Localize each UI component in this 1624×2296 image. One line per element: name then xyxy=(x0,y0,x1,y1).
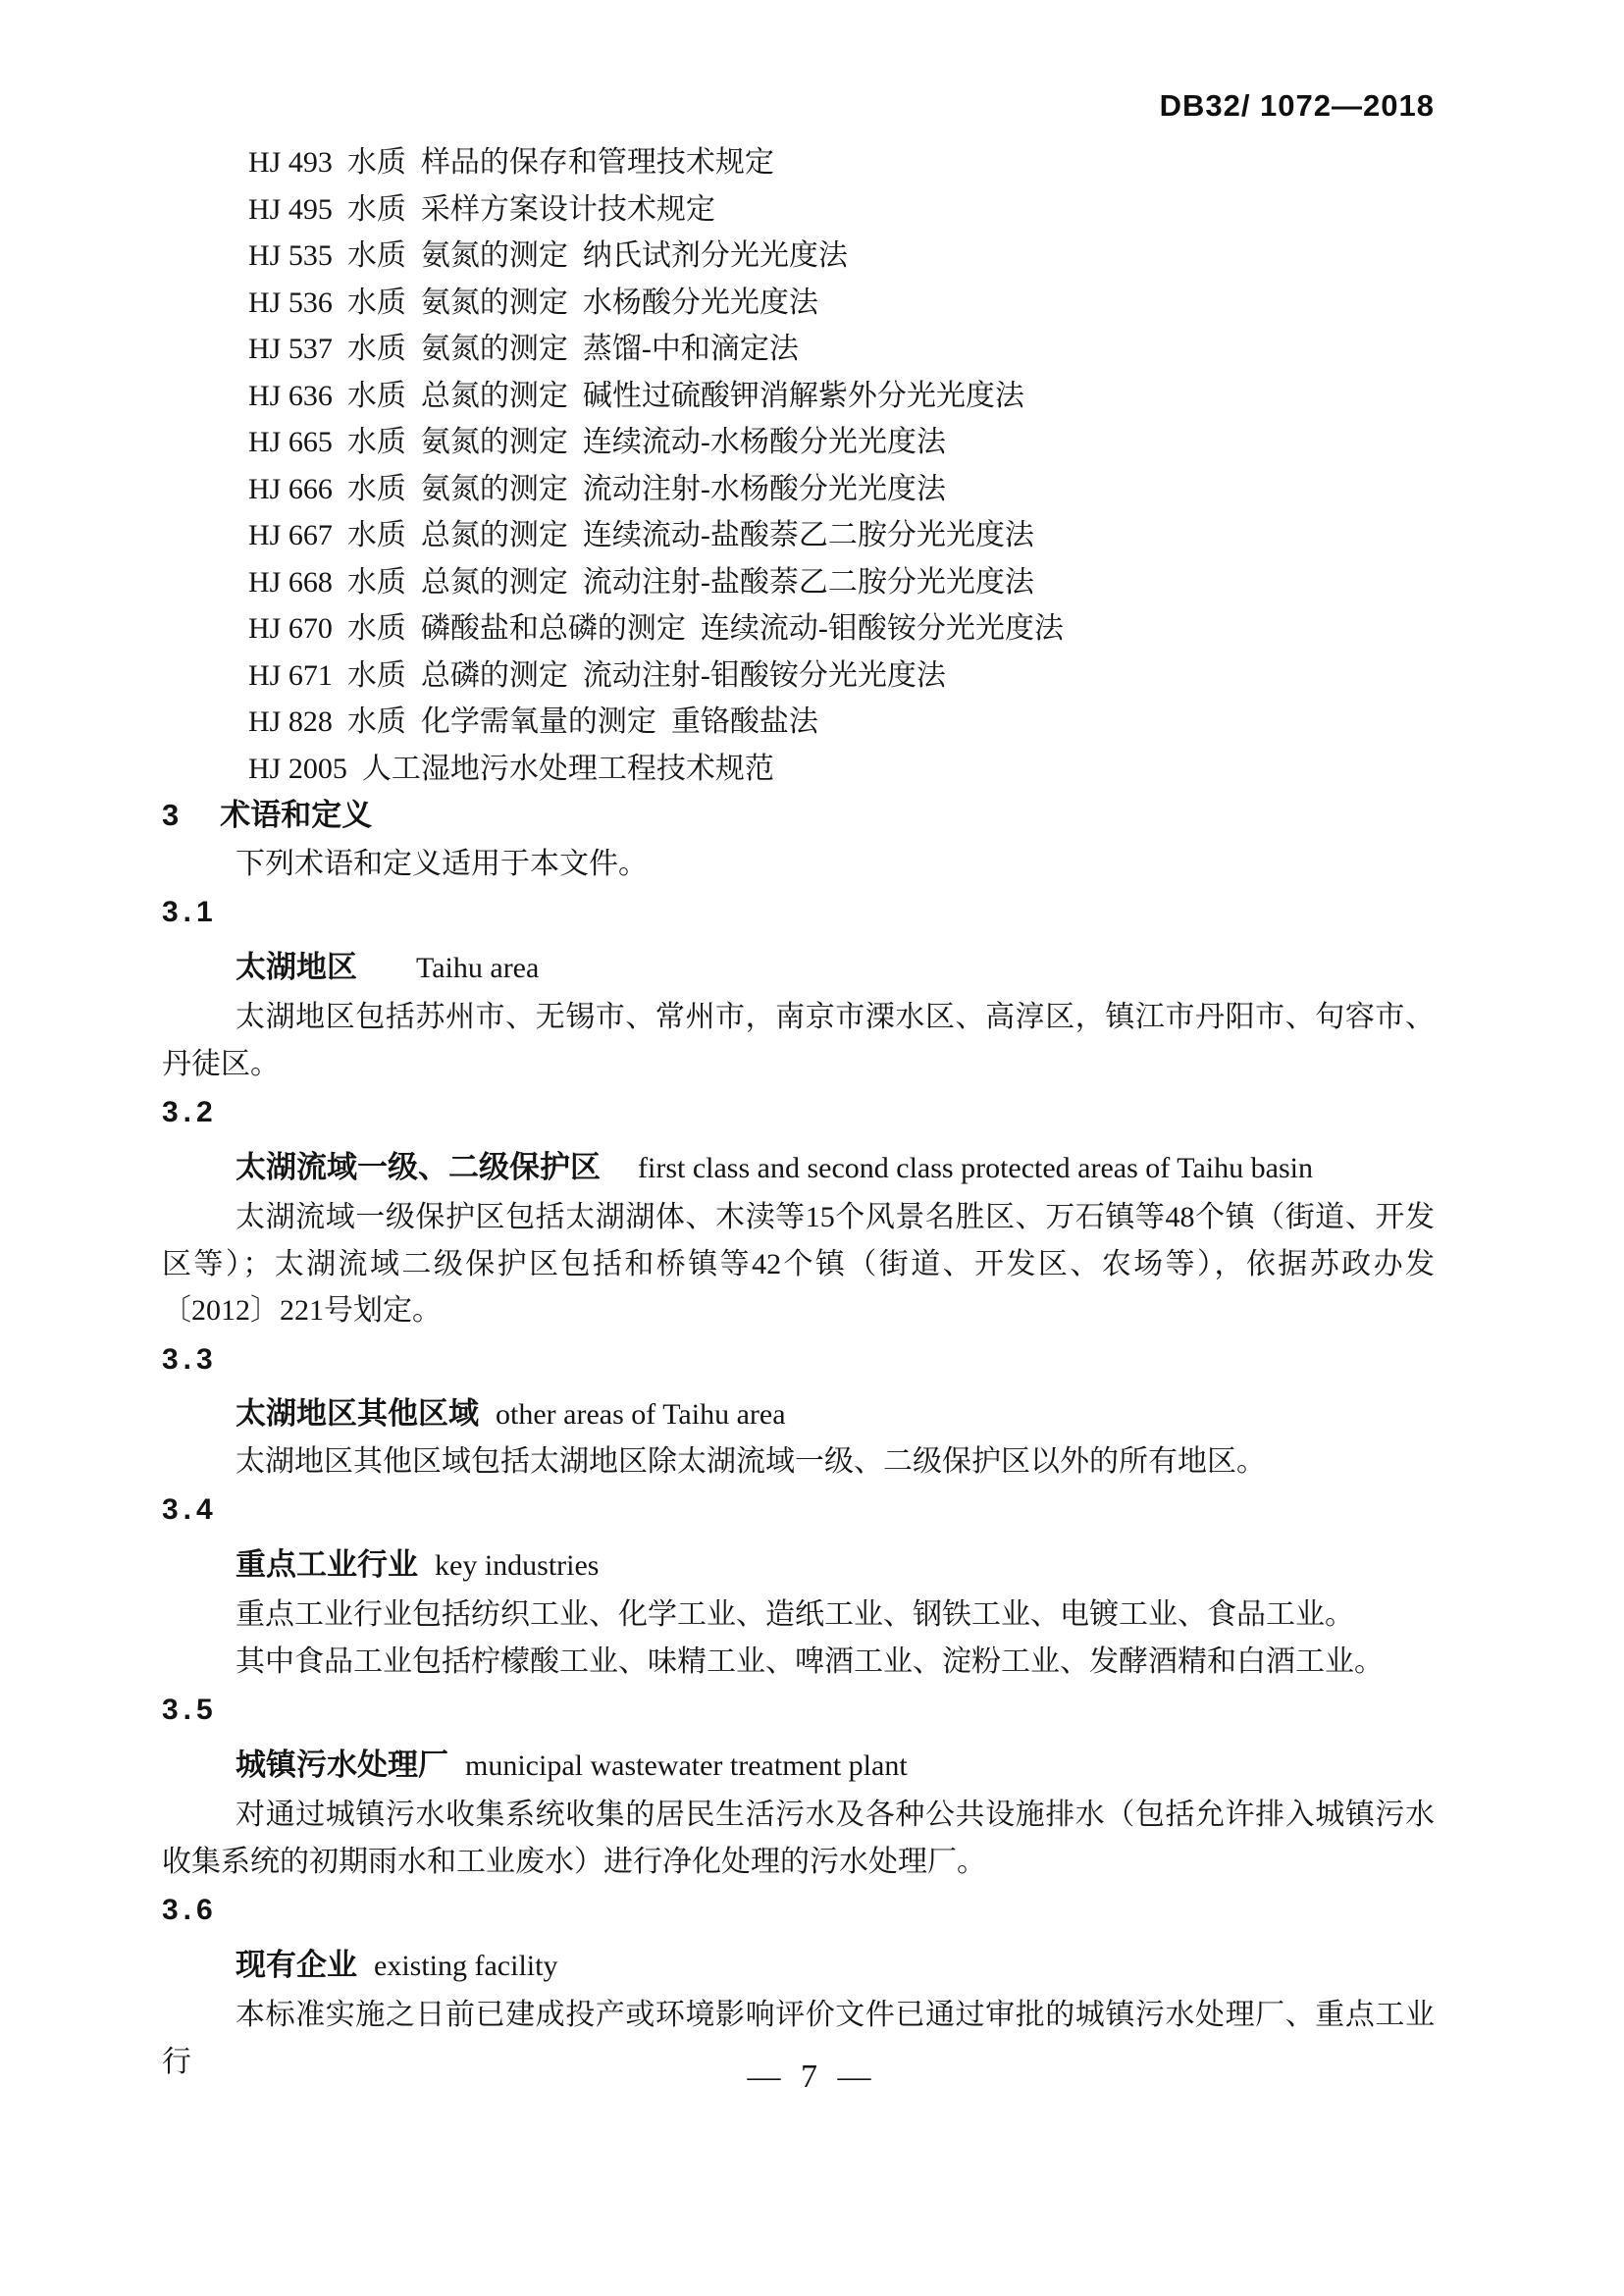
reference-item: HJ 495 水质 采样方案设计技术规定 xyxy=(162,186,1435,234)
terms-list: 3.1 太湖地区Taihu area 太湖地区包括苏州市、无锡市、常州市，南京市… xyxy=(162,889,1435,2085)
term-number: 3.4 xyxy=(162,1487,1435,1534)
term-section: 3.5 城镇污水处理厂municipal wastewater treatmen… xyxy=(162,1687,1435,1885)
term-name-zh: 城镇污水处理厂 xyxy=(236,1748,448,1782)
reference-item: HJ 828 水质 化学需氧量的测定 重铬酸盐法 xyxy=(162,699,1435,746)
term-heading: 城镇污水处理厂municipal wastewater treatment pl… xyxy=(162,1742,1435,1790)
term-name-en: first class and second class protected a… xyxy=(638,1152,1313,1184)
term-number: 3.3 xyxy=(162,1336,1435,1383)
term-heading: 太湖地区其他区域other areas of Taihu area xyxy=(162,1390,1435,1438)
reference-item: HJ 537 水质 氨氮的测定 蒸馏-中和滴定法 xyxy=(162,326,1435,373)
term-name-en: other areas of Taihu area xyxy=(496,1398,786,1431)
page-number: — 7 — xyxy=(0,2059,1624,2096)
term-section: 3.3 太湖地区其他区域other areas of Taihu area 太湖… xyxy=(162,1336,1435,1486)
term-heading: 重点工业行业key industries xyxy=(162,1541,1435,1590)
section-number: 3 xyxy=(162,792,179,839)
reference-item: HJ 667 水质 总氮的测定 连续流动-盐酸萘乙二胺分光光度法 xyxy=(162,512,1435,559)
term-heading: 太湖地区Taihu area xyxy=(162,944,1435,992)
reference-item: HJ 536 水质 氨氮的测定 水杨酸分光光度法 xyxy=(162,280,1435,327)
reference-item: HJ 493 水质 样品的保存和管理技术规定 xyxy=(162,139,1435,186)
term-name-en: Taihu area xyxy=(416,952,539,984)
term-number: 3.6 xyxy=(162,1887,1435,1934)
section-title: 术语和定义 xyxy=(220,798,372,832)
term-definition: 重点工业行业包括纺织工业、化学工业、造纸工业、钢铁工业、电镀工业、食品工业。 xyxy=(162,1592,1435,1639)
term-definition: 太湖地区包括苏州市、无锡市、常州市，南京市溧水区、高淳区，镇江市丹阳市、句容市、… xyxy=(162,994,1435,1087)
term-name-zh: 太湖地区 xyxy=(236,950,357,984)
reference-item: HJ 2005 人工湿地污水处理工程技术规范 xyxy=(162,746,1435,793)
section-intro: 下列术语和定义适用于本文件。 xyxy=(162,841,1435,888)
term-name-zh: 现有企业 xyxy=(236,1948,357,1982)
term-definition: 太湖流域一级保护区包括太湖湖体、木渎等15个风景名胜区、万石镇等48个镇（街道、… xyxy=(162,1194,1435,1334)
standard-number: DB32/ 1072—2018 xyxy=(1160,88,1435,124)
term-name-zh: 重点工业行业 xyxy=(236,1547,418,1582)
term-number: 3.1 xyxy=(162,889,1435,936)
reference-item: HJ 668 水质 总氮的测定 流动注射-盐酸萘乙二胺分光光度法 xyxy=(162,559,1435,606)
term-section: 3.2 太湖流域一级、二级保护区first class and second c… xyxy=(162,1089,1435,1334)
reference-item: HJ 666 水质 氨氮的测定 流动注射-水杨酸分光光度法 xyxy=(162,466,1435,513)
reference-item: HJ 670 水质 磷酸盐和总磷的测定 连续流动-钼酸铵分光光度法 xyxy=(162,605,1435,652)
page-content: HJ 493 水质 样品的保存和管理技术规定HJ 495 水质 采样方案设计技术… xyxy=(162,139,1435,2085)
term-name-zh: 太湖地区其他区域 xyxy=(236,1396,479,1431)
reference-item: HJ 636 水质 总氮的测定 碱性过硫酸钾消解紫外分光光度法 xyxy=(162,373,1435,420)
reference-item: HJ 671 水质 总磷的测定 流动注射-钼酸铵分光光度法 xyxy=(162,652,1435,700)
term-definition: 对通过城镇污水收集系统收集的居民生活污水及各种公共设施排水（包括允许排入城镇污水… xyxy=(162,1792,1435,1885)
term-section: 3.1 太湖地区Taihu area 太湖地区包括苏州市、无锡市、常州市，南京市… xyxy=(162,889,1435,1087)
term-name-zh: 太湖流域一级、二级保护区 xyxy=(236,1150,601,1184)
references-list: HJ 493 水质 样品的保存和管理技术规定HJ 495 水质 采样方案设计技术… xyxy=(162,139,1435,792)
term-heading: 现有企业existing facility xyxy=(162,1942,1435,1990)
section-heading: 3术语和定义 xyxy=(162,792,1435,839)
term-number: 3.2 xyxy=(162,1089,1435,1136)
term-section: 3.4 重点工业行业key industries 重点工业行业包括纺织工业、化学… xyxy=(162,1487,1435,1685)
reference-item: HJ 665 水质 氨氮的测定 连续流动-水杨酸分光光度法 xyxy=(162,419,1435,466)
term-name-en: key industries xyxy=(435,1549,599,1582)
term-section: 3.6 现有企业existing facility 本标准实施之日前已建成投产或… xyxy=(162,1887,1435,2085)
term-definition: 其中食品工业包括柠檬酸工业、味精工业、啤酒工业、淀粉工业、发酵酒精和白酒工业。 xyxy=(162,1639,1435,1686)
term-definition: 太湖地区其他区域包括太湖地区除太湖流域一级、二级保护区以外的所有地区。 xyxy=(162,1438,1435,1486)
term-heading: 太湖流域一级、二级保护区first class and second class… xyxy=(162,1144,1435,1192)
reference-item: HJ 535 水质 氨氮的测定 纳氏试剂分光光度法 xyxy=(162,233,1435,280)
term-name-en: municipal wastewater treatment plant xyxy=(465,1749,908,1782)
document-page: DB32/ 1072—2018 HJ 493 水质 样品的保存和管理技术规定HJ… xyxy=(0,0,1624,2296)
term-name-en: existing facility xyxy=(374,1950,557,1982)
term-number: 3.5 xyxy=(162,1687,1435,1734)
